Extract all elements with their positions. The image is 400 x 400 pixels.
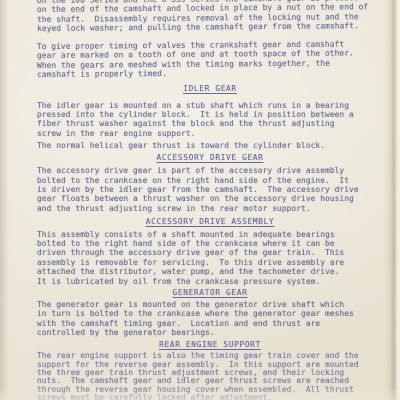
page-right-edge-shadow (384, 0, 400, 400)
paragraph-helical-gear-thrust: The normal helical gear thrust is toward… (37, 141, 383, 150)
text-column: On the 100 Series and the 6-339 Series t… (37, 0, 383, 400)
section-heading-rear-engine-support: REAR ENGINE SUPPORT (37, 340, 383, 349)
paragraph-idler-gear-mounting: The idler gear is mounted on a stub shaf… (37, 101, 383, 139)
paragraph-accessory-drive-assembly: This assembly consists of a shaft mounte… (37, 230, 383, 286)
paragraph-camshaft-gear-removal: On the 100 Series and the 6-339 Series t… (37, 0, 383, 34)
section-heading-idler-gear: IDLER GEAR (37, 84, 383, 93)
scanned-manual-page: On the 100 Series and the 6-339 Series t… (0, 0, 400, 400)
section-heading-generator-gear: GENERATOR GEAR (37, 288, 383, 297)
paragraph-valve-timing: To give proper timing of valves the cran… (37, 39, 383, 79)
section-heading-accessory-drive-gear: ACCESSORY DRIVE GEAR (37, 153, 383, 162)
page-left-edge-shadow (0, 0, 9, 400)
paragraph-generator-gear: The generator gear is mounted on the gen… (37, 300, 383, 338)
section-heading-accessory-drive-assembly: ACCESSORY DRIVE ASSEMBLY (37, 217, 383, 226)
paragraph-accessory-drive-gear: The accessory drive gear is part of the … (37, 166, 383, 213)
paragraph-rear-engine-support: The rear engine support is also the timi… (37, 352, 383, 400)
